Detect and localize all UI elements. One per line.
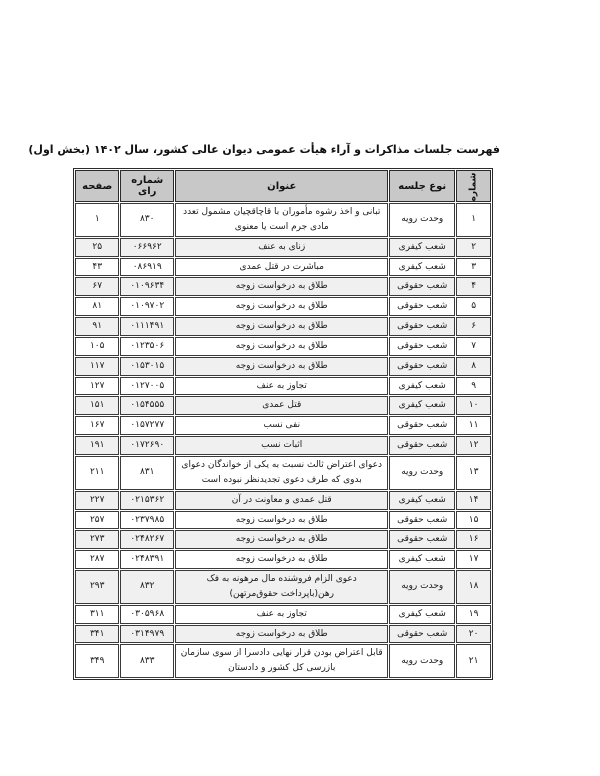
cell-type: وحدت رویه <box>389 203 455 237</box>
table-row: ۹شعب کیفریتجاوز به عنف۰۱۲۷۰۰۵۱۲۷ <box>75 377 491 396</box>
cell-type: شعب حقوقی <box>389 297 455 316</box>
cell-verdict: ۸۳۱ <box>120 456 174 490</box>
header-page: صفحه <box>75 170 119 202</box>
cell-title: دعوی الزام فروشنده مال مرهونه به فک رهن(… <box>175 570 388 604</box>
cell-type: شعب کیفری <box>389 238 455 257</box>
document-page: فهرست جلسات مذاکرات و آراء هیأت عمومی دی… <box>0 0 600 776</box>
table-row: ۷شعب حقوقیطلاق به درخواست زوجه۰۱۲۳۵۰۶۱۰۵ <box>75 337 491 356</box>
table-row: ۱۵شعب حقوقیطلاق به درخواست زوجه۰۲۳۷۹۸۵۲۵… <box>75 511 491 530</box>
cell-index: ۱۷ <box>456 550 491 569</box>
cell-type: شعب حقوقی <box>389 277 455 296</box>
cell-index: ۷ <box>456 337 491 356</box>
cell-type: شعب حقوقی <box>389 436 455 455</box>
cell-page: ۱۲۷ <box>75 377 119 396</box>
cell-title: قتل عمدی و معاونت در آن <box>175 491 388 510</box>
cell-verdict: ۰۱۲۳۵۰۶ <box>120 337 174 356</box>
cell-type: شعب کیفری <box>389 491 455 510</box>
cell-index: ۱۸ <box>456 570 491 604</box>
cell-title: طلاق به درخواست زوجه <box>175 297 388 316</box>
cell-title: طلاق به درخواست زوجه <box>175 277 388 296</box>
table-row: ۱۲شعب حقوقیاثبات نسب۰۱۷۲۶۹۰۱۹۱ <box>75 436 491 455</box>
cell-title: طلاق به درخواست زوجه <box>175 337 388 356</box>
cell-page: ۹۱ <box>75 317 119 336</box>
cell-title: نفی نسب <box>175 416 388 435</box>
header-title: عنوان <box>175 170 388 202</box>
cell-title: مباشرت در قتل عمدی <box>175 258 388 277</box>
cell-verdict: ۸۳۲ <box>120 570 174 604</box>
cell-type: شعب حقوقی <box>389 416 455 435</box>
cell-verdict: ۸۳۰ <box>120 203 174 237</box>
cell-verdict: ۰۲۳۷۹۸۵ <box>120 511 174 530</box>
cell-type: شعب کیفری <box>389 396 455 415</box>
header-verdict-number: شماره رای <box>120 170 174 202</box>
cell-index: ۱۱ <box>456 416 491 435</box>
cell-title: قتل عمدی <box>175 396 388 415</box>
cell-index: ۱۰ <box>456 396 491 415</box>
cell-type: شعب کیفری <box>389 550 455 569</box>
cell-verdict: ۰۱۱۱۴۹۱ <box>120 317 174 336</box>
cell-page: ۱۱۷ <box>75 357 119 376</box>
cell-type: شعب حقوقی <box>389 337 455 356</box>
cell-title: طلاق به درخواست زوجه <box>175 550 388 569</box>
cell-index: ۵ <box>456 297 491 316</box>
cell-type: شعب کیفری <box>389 258 455 277</box>
cell-verdict: ۰۱۰۹۷۰۲ <box>120 297 174 316</box>
cell-type: شعب حقوقی <box>389 625 455 644</box>
cell-verdict: ۰۳۰۵۹۶۸ <box>120 605 174 624</box>
cell-page: ۲۱۱ <box>75 456 119 490</box>
cell-verdict: ۰۱۵۴۵۵۵ <box>120 396 174 415</box>
page-title: فهرست جلسات مذاکرات و آراء هیأت عمومی دی… <box>100 143 500 156</box>
cell-title: تجاوز به عنف <box>175 377 388 396</box>
table-row: ۱۱شعب حقوقینفی نسب۰۱۵۷۲۷۷۱۶۷ <box>75 416 491 435</box>
cell-index: ۶ <box>456 317 491 336</box>
table-row: ۱۸وحدت رویهدعوی الزام فروشنده مال مرهونه… <box>75 570 491 604</box>
cell-verdict: ۰۲۴۸۲۶۷ <box>120 530 174 549</box>
cell-title: طلاق به درخواست زوجه <box>175 317 388 336</box>
cell-page: ۲۵ <box>75 238 119 257</box>
cell-page: ۲۵۷ <box>75 511 119 530</box>
table-row: ۱۹شعب کیفریتجاوز به عنف۰۳۰۵۹۶۸۳۱۱ <box>75 605 491 624</box>
cell-type: وحدت رویه <box>389 570 455 604</box>
cell-verdict: ۰۲۱۵۳۶۲ <box>120 491 174 510</box>
cell-page: ۲۹۳ <box>75 570 119 604</box>
cell-index: ۱۵ <box>456 511 491 530</box>
table-row: ۵شعب حقوقیطلاق به درخواست زوجه۰۱۰۹۷۰۲۸۱ <box>75 297 491 316</box>
cell-verdict: ۰۱۰۹۶۳۴ <box>120 277 174 296</box>
cell-page: ۳۱۱ <box>75 605 119 624</box>
cell-index: ۱۳ <box>456 456 491 490</box>
cell-page: ۲۲۷ <box>75 491 119 510</box>
cell-verdict: ۰۱۲۷۰۰۵ <box>120 377 174 396</box>
cell-page: ۳۴۹ <box>75 644 119 678</box>
cell-type: وحدت رویه <box>389 644 455 678</box>
cell-verdict: ۰۶۶۹۶۲ <box>120 238 174 257</box>
cell-page: ۸۱ <box>75 297 119 316</box>
cell-index: ۴ <box>456 277 491 296</box>
table-row: ۱۶شعب حقوقیطلاق به درخواست زوجه۰۲۴۸۲۶۷۲۷… <box>75 530 491 549</box>
header-row: شماره نوع جلسه عنوان شماره رای صفحه <box>75 170 491 202</box>
cell-title: دعوای اعتراض ثالث نسبت به یکی از خواندگا… <box>175 456 388 490</box>
cell-page: ۲۸۷ <box>75 550 119 569</box>
cell-page: ۶۷ <box>75 277 119 296</box>
header-index-label: شماره <box>469 172 479 201</box>
cell-title: طلاق به درخواست زوجه <box>175 530 388 549</box>
table-row: ۱۷شعب کیفریطلاق به درخواست زوجه۰۲۴۸۳۹۱۲۸… <box>75 550 491 569</box>
cell-verdict: ۰۱۷۲۶۹۰ <box>120 436 174 455</box>
cell-page: ۱۰۵ <box>75 337 119 356</box>
header-index: شماره <box>456 170 491 202</box>
cell-page: ۲۷۳ <box>75 530 119 549</box>
table-row: ۱۰شعب کیفریقتل عمدی۰۱۵۴۵۵۵۱۵۱ <box>75 396 491 415</box>
table-body: ۱وحدت رویهتبانی و اخذ رشوه مأموران با قا… <box>75 203 491 678</box>
table-row: ۱وحدت رویهتبانی و اخذ رشوه مأموران با قا… <box>75 203 491 237</box>
sessions-table: شماره نوع جلسه عنوان شماره رای صفحه ۱وحد… <box>73 168 493 680</box>
cell-verdict: ۰۱۵۷۲۷۷ <box>120 416 174 435</box>
cell-index: ۱۴ <box>456 491 491 510</box>
cell-verdict: ۰۳۱۴۹۷۹ <box>120 625 174 644</box>
cell-title: تجاوز به عنف <box>175 605 388 624</box>
cell-index: ۱ <box>456 203 491 237</box>
cell-title: طلاق به درخواست زوجه <box>175 625 388 644</box>
cell-verdict: ۰۸۶۹۱۹ <box>120 258 174 277</box>
cell-page: ۴۳ <box>75 258 119 277</box>
cell-index: ۱۲ <box>456 436 491 455</box>
table-row: ۲شعب کیفریزنای به عنف۰۶۶۹۶۲۲۵ <box>75 238 491 257</box>
cell-index: ۲ <box>456 238 491 257</box>
cell-index: ۲۰ <box>456 625 491 644</box>
cell-index: ۹ <box>456 377 491 396</box>
cell-verdict: ۸۳۳ <box>120 644 174 678</box>
cell-index: ۳ <box>456 258 491 277</box>
cell-verdict: ۰۱۵۳۰۱۵ <box>120 357 174 376</box>
cell-index: ۱۹ <box>456 605 491 624</box>
cell-type: وحدت رویه <box>389 456 455 490</box>
header-session-type: نوع جلسه <box>389 170 455 202</box>
table-row: ۶شعب حقوقیطلاق به درخواست زوجه۰۱۱۱۴۹۱۹۱ <box>75 317 491 336</box>
cell-type: شعب حقوقی <box>389 511 455 530</box>
table-row: ۳شعب کیفریمباشرت در قتل عمدی۰۸۶۹۱۹۴۳ <box>75 258 491 277</box>
cell-page: ۱ <box>75 203 119 237</box>
cell-title: زنای به عنف <box>175 238 388 257</box>
table-row: ۱۴شعب کیفریقتل عمدی و معاونت در آن۰۲۱۵۳۶… <box>75 491 491 510</box>
cell-title: قابل اعتراض بودن قرار نهایی دادسرا از سو… <box>175 644 388 678</box>
cell-index: ۲۱ <box>456 644 491 678</box>
cell-page: ۱۶۷ <box>75 416 119 435</box>
cell-page: ۱۵۱ <box>75 396 119 415</box>
cell-type: شعب حقوقی <box>389 530 455 549</box>
cell-type: شعب حقوقی <box>389 357 455 376</box>
cell-page: ۳۴۱ <box>75 625 119 644</box>
cell-title: اثبات نسب <box>175 436 388 455</box>
cell-title: طلاق به درخواست زوجه <box>175 357 388 376</box>
cell-page: ۱۹۱ <box>75 436 119 455</box>
cell-type: شعب کیفری <box>389 605 455 624</box>
table-row: ۸شعب حقوقیطلاق به درخواست زوجه۰۱۵۳۰۱۵۱۱۷ <box>75 357 491 376</box>
cell-index: ۱۶ <box>456 530 491 549</box>
table-row: ۴شعب حقوقیطلاق به درخواست زوجه۰۱۰۹۶۳۴۶۷ <box>75 277 491 296</box>
table-row: ۱۳وحدت رویهدعوای اعتراض ثالث نسبت به یکی… <box>75 456 491 490</box>
table-row: ۲۱وحدت رویهقابل اعتراض بودن قرار نهایی د… <box>75 644 491 678</box>
cell-title: طلاق به درخواست زوجه <box>175 511 388 530</box>
cell-index: ۸ <box>456 357 491 376</box>
cell-title: تبانی و اخذ رشوه مأموران با قاچاقچیان مش… <box>175 203 388 237</box>
cell-type: شعب کیفری <box>389 377 455 396</box>
table-row: ۲۰شعب حقوقیطلاق به درخواست زوجه۰۳۱۴۹۷۹۳۴… <box>75 625 491 644</box>
cell-verdict: ۰۲۴۸۳۹۱ <box>120 550 174 569</box>
cell-type: شعب حقوقی <box>389 317 455 336</box>
